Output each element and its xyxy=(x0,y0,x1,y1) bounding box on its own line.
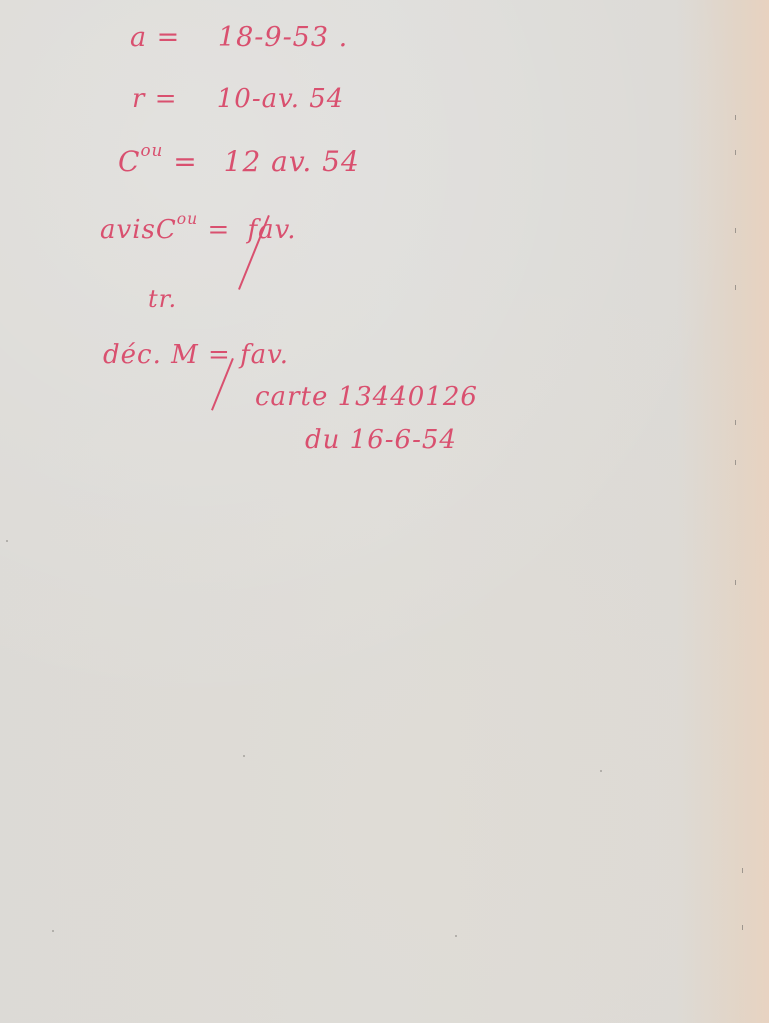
entry-r-value: 10-av. 54 xyxy=(217,84,345,114)
entry-conseil-label: Cou xyxy=(118,145,163,178)
entry-decision-value: fav. xyxy=(240,340,289,370)
entry-carte: carte 13440126 xyxy=(255,382,478,412)
paper-mark xyxy=(742,925,743,930)
paper-mark xyxy=(735,460,736,465)
entry-carte-value: carte 13440126 xyxy=(255,382,478,412)
paper-mark xyxy=(735,228,736,233)
entry-date-value: du 16-6-54 xyxy=(305,425,457,455)
entry-avis-value: fav. xyxy=(248,215,297,245)
paper-mark xyxy=(735,420,736,425)
paper-speck xyxy=(52,930,54,932)
entry-conseil-equals: = xyxy=(173,145,197,178)
entry-r: r = 10-av. 54 xyxy=(132,84,344,114)
entry-tr: tr. xyxy=(148,285,177,313)
entry-decision-label: déc. M = xyxy=(103,340,231,370)
paper-mark xyxy=(735,580,736,585)
paper-card: a = 18-9-53 . r = 10-av. 54 Cou = 12 av.… xyxy=(0,0,769,1023)
entry-conseil-value: 12 av. 54 xyxy=(224,145,360,178)
paper-speck xyxy=(600,770,602,772)
entry-avis-equals: = xyxy=(207,215,230,245)
entry-avis-prefix: avis xyxy=(100,215,156,245)
entry-a-value: 18-9-53 . xyxy=(218,22,348,53)
entry-decision: déc. M = fav. xyxy=(103,340,289,370)
paper-mark xyxy=(735,115,736,120)
paper-mark xyxy=(742,868,743,873)
entry-a-label: a = xyxy=(130,22,180,53)
paper-speck xyxy=(6,540,8,542)
paper-mark xyxy=(735,150,736,155)
entry-tr-label: tr. xyxy=(148,285,177,313)
entry-a: a = 18-9-53 . xyxy=(130,22,348,53)
entry-date: du 16-6-54 xyxy=(305,425,457,455)
paper-speck xyxy=(455,935,457,937)
entry-conseil: Cou = 12 av. 54 xyxy=(118,140,360,178)
paper-speck xyxy=(243,755,245,757)
entry-avis-label: Cou xyxy=(156,215,198,245)
paper-mark xyxy=(735,285,736,290)
entry-r-label: r = xyxy=(132,84,177,114)
